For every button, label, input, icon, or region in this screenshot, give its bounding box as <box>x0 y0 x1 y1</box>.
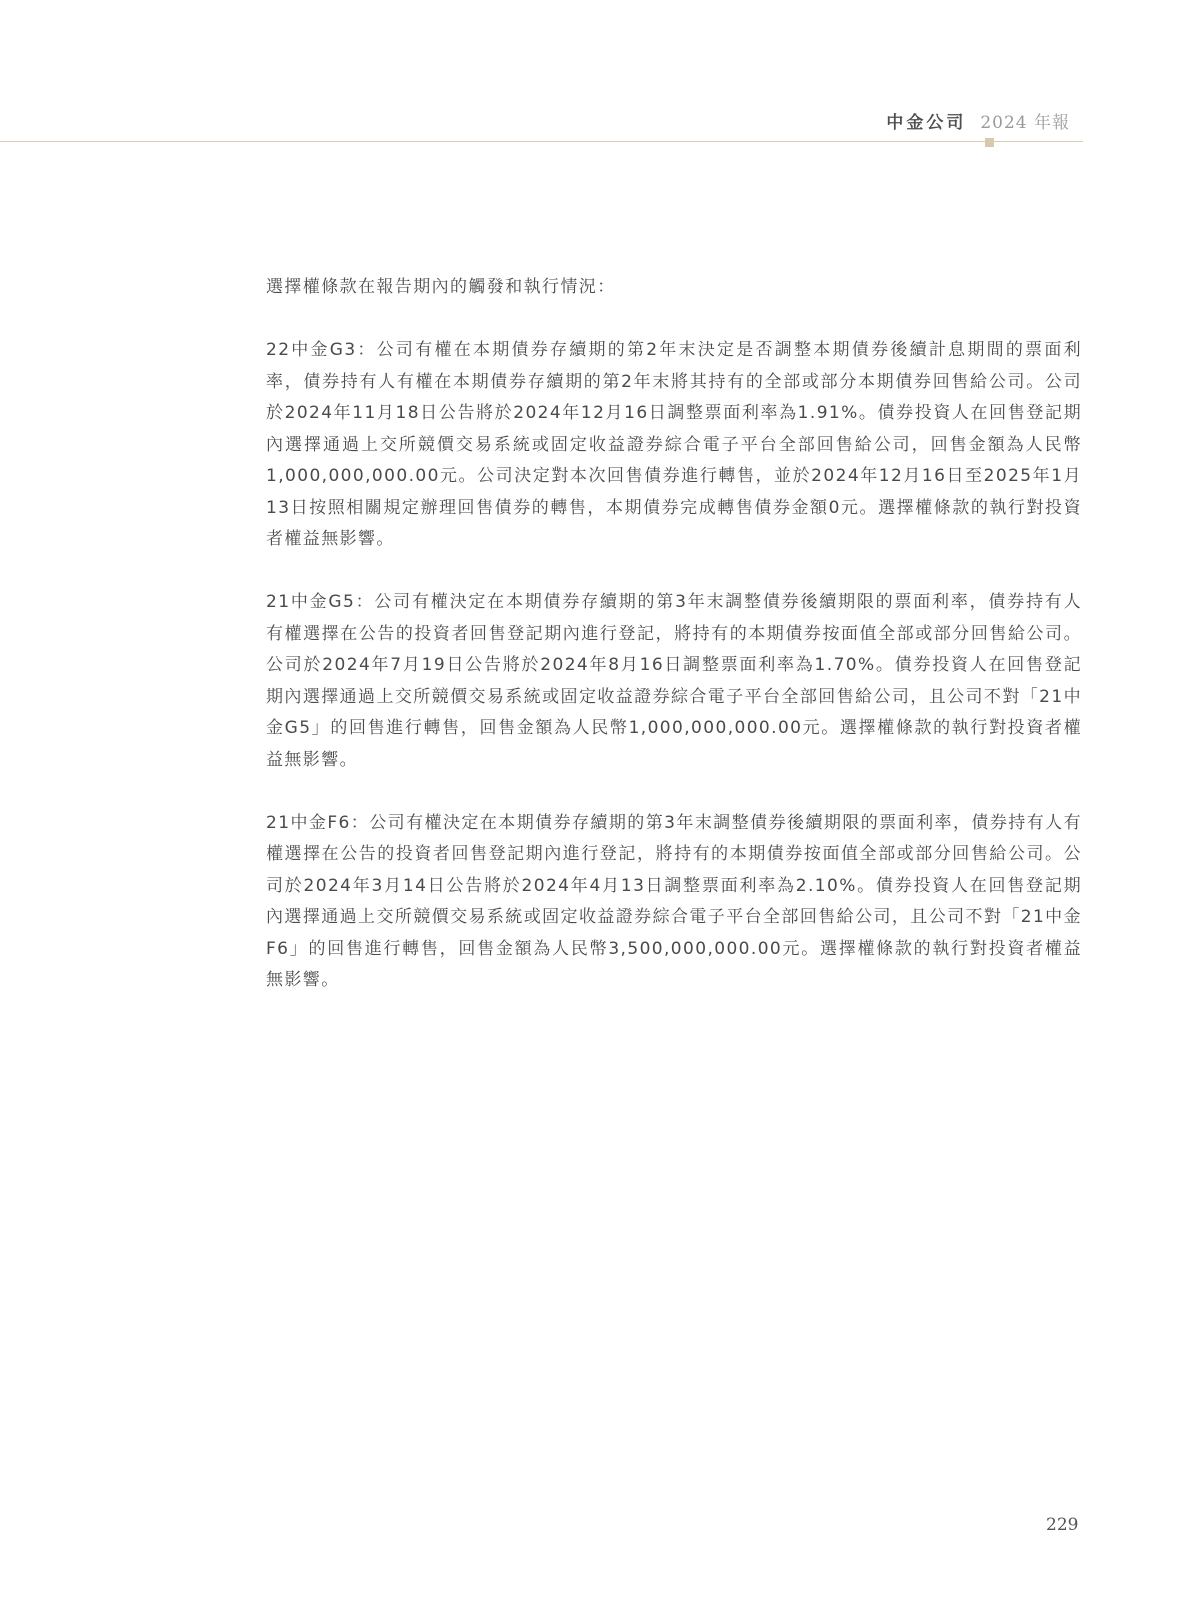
header-divider <box>0 141 1083 142</box>
paragraph-21-cicc-g5: 21中金G5：公司有權決定在本期債券存續期的第3年末調整債券後續期限的票面利率，… <box>266 587 1082 776</box>
section-intro: 選擇權條款在報告期內的觸發和執行情況： <box>266 272 1082 304</box>
header-report-title: 2024 年報 <box>980 108 1070 133</box>
running-header: 中金公司 2024 年報 <box>886 108 1070 133</box>
document-body: 選擇權條款在報告期內的觸發和執行情況： 22中金G3：公司有權在本期債券存續期的… <box>266 272 1082 1028</box>
header-square-marker-icon <box>985 138 994 147</box>
header-company-name: 中金公司 <box>886 108 966 133</box>
paragraph-21-cicc-f6: 21中金F6：公司有權決定在本期債券存續期的第3年末調整債券後續期限的票面利率，… <box>266 808 1082 997</box>
paragraph-22-cicc-g3: 22中金G3：公司有權在本期債券存續期的第2年末決定是否調整本期債券後續計息期間… <box>266 335 1082 556</box>
page-number: 229 <box>1046 1515 1078 1535</box>
